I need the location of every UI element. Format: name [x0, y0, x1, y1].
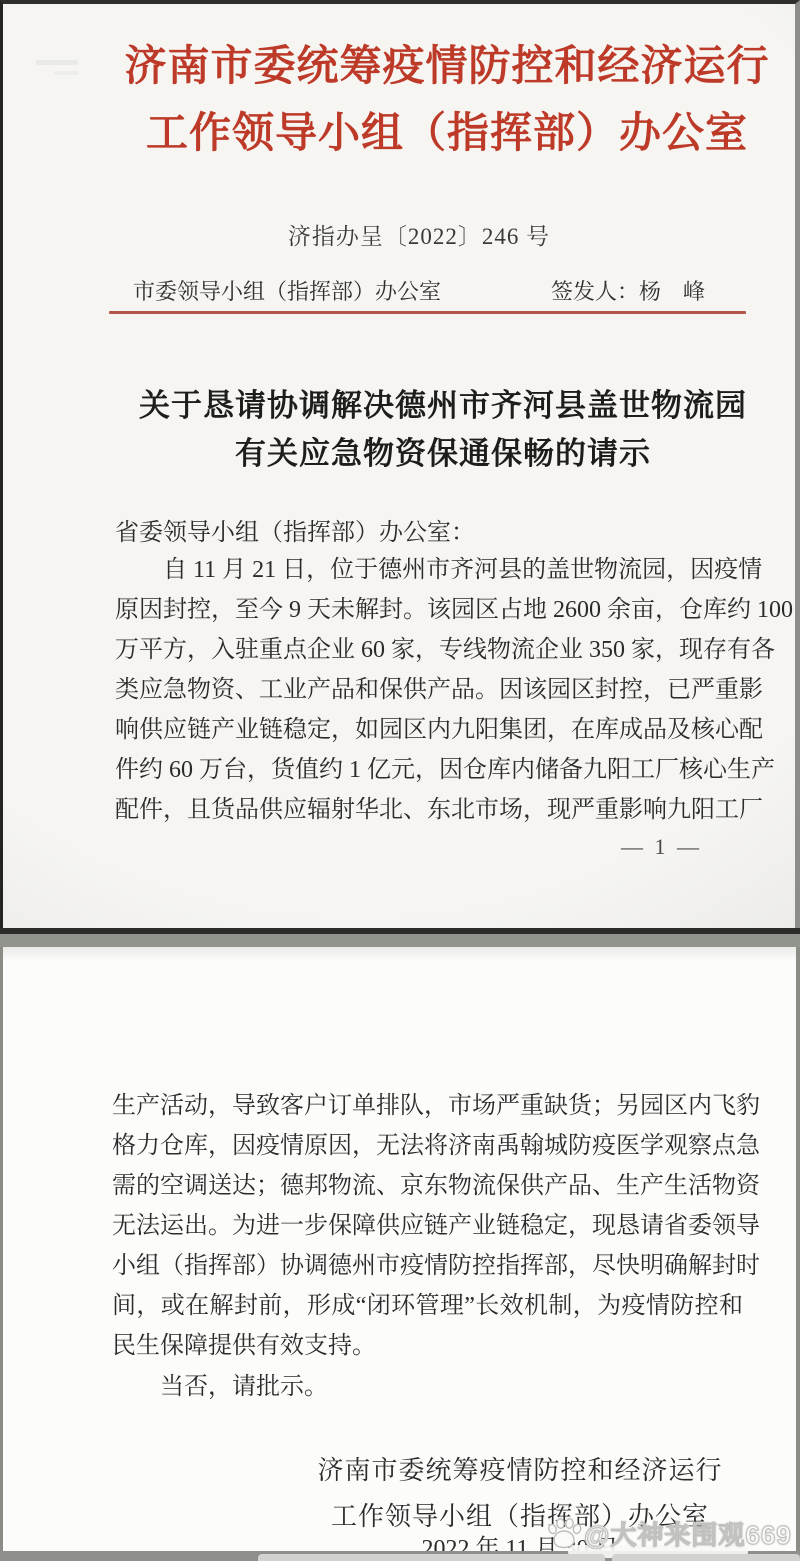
bleed-through-mark: [53, 71, 79, 75]
closing-line: 当否，请批示。: [112, 1366, 743, 1401]
body-paragraph-page-1: 自 11 月 21 日，位于德州市齐河县的盖世物流园，因疫情原因封控，至今 9 …: [115, 550, 746, 830]
document-photo-page-1: 济南市委统筹疫情防控和经济运行 工作领导小组（指挥部）办公室 济指办呈〔2022…: [0, 0, 800, 934]
screenshot-stage: 济南市委统筹疫情防控和经济运行 工作领导小组（指挥部）办公室 济指办呈〔2022…: [0, 0, 800, 1561]
issuer-office-label: 市委领导小组（指挥部）办公室: [133, 275, 441, 306]
document-title-line-2: 有关应急物资保通保畅的请示: [63, 430, 800, 478]
document-title-line-1: 关于恳请协调解决德州市齐河县盖世物流园: [63, 382, 800, 430]
red-letterhead: 济南市委统筹疫情防控和经济运行 工作领导小组（指挥部）办公室: [91, 34, 800, 168]
document-title: 关于恳请协调解决德州市齐河县盖世物流园 有关应急物资保通保畅的请示: [63, 382, 800, 478]
text-line: 件约 60 万台，货值约 1 亿元，因仓库内储备九阳工厂核心生产: [115, 750, 746, 790]
page-number: — 1 —: [621, 834, 702, 860]
text-line: 民生保障提供有效支持。: [112, 1326, 743, 1366]
text-line: 自 11 月 21 日，位于德州市齐河县的盖世物流园，因疫情: [115, 550, 746, 590]
photo-shade: [3, 947, 796, 961]
text-line: 需的空调送达；德邦物流、京东物流保供产品、生产生活物资: [112, 1166, 743, 1206]
bottom-panel-right: [612, 1554, 800, 1561]
text-line: 响供应链产业链稳定，如园区内九阳集团，在库成品及核心配: [115, 710, 746, 750]
bleed-through-mark: [36, 60, 78, 65]
text-line: 间，或在解封前，形成“闭环管理”长效机制，为疫情防控和: [112, 1286, 743, 1326]
signer-label: 签发人：杨 峰: [551, 275, 705, 306]
salutation: 省委领导小组（指挥部）办公室：: [115, 512, 475, 547]
document-number: 济指办呈〔2022〕246 号: [35, 218, 800, 251]
watermark-text: @大神来围观669: [584, 1515, 792, 1552]
text-line: 类应急物资、工业产品和保供产品。因该园区封控，已严重影: [115, 670, 746, 710]
body-paragraph-page-2: 生产活动，导致客户订单排队，市场严重缺货；另园区内飞豹格力仓库，因疫情原因，无法…: [112, 1086, 743, 1366]
watermark: @大神来围观669: [546, 1515, 792, 1552]
signature-org-line-1: 济南市委统筹疫情防控和经济运行: [200, 1450, 800, 1487]
text-line: 万平方，入驻重点企业 60 家，专线物流企业 350 家，现存有各: [115, 630, 746, 670]
letterhead-line-2: 工作领导小组（指挥部）办公室: [91, 101, 800, 168]
text-line: 小组（指挥部）协调德州市疫情防控指挥部，尽快明确解封时: [112, 1246, 743, 1286]
text-line: 无法运出。为进一步保障供应链产业链稳定，现恳请省委领导: [112, 1206, 743, 1246]
photo-gap: [0, 934, 800, 947]
paw-icon: [546, 1517, 582, 1551]
red-rule: [109, 311, 746, 314]
text-line: 格力仓库，因疫情原因，无法将济南禹翰城防疫医学观察点急: [112, 1126, 743, 1166]
text-line: 原因封控，至今 9 天未解封。该园区占地 2600 余亩，仓库约 100: [115, 590, 746, 630]
text-line: 生产活动，导致客户订单排队，市场严重缺货；另园区内飞豹: [112, 1086, 743, 1126]
letterhead-line-1: 济南市委统筹疫情防控和经济运行: [91, 34, 800, 101]
bottom-panel-left: [258, 1554, 605, 1561]
text-line: 配件，且货品供应辐射华北、东北市场，现严重影响九阳工厂: [115, 790, 746, 830]
